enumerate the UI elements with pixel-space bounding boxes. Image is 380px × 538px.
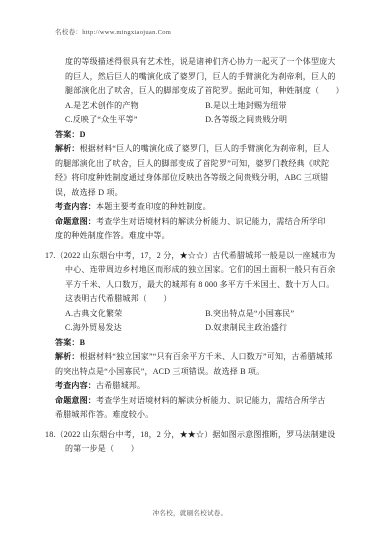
content-label: 考查内容： — [55, 202, 96, 211]
q17-stem-line: 中心、连带周边乡村地区而形成的独立国家。它们的国土面积一般只有百余 — [65, 263, 345, 278]
q17-stem-line-number: 17.（2022 山东烟台中考，17，2 分，★☆☆）古代希腊城邦一般是以一座城… — [45, 249, 345, 264]
analysis-text: 根据材料“独立国家”“只有百余平方千米、人口数万”可知，古希腊城邦 — [80, 352, 333, 361]
q16-options-row-2: C.反映了“众生平等” D.各等级之间贵贱分明 — [65, 113, 345, 128]
analysis-label: 解析： — [55, 144, 80, 153]
q16-analysis-line: 误，故选择 D 项。 — [55, 186, 345, 201]
q16-option-c: C.反映了“众生平等” — [65, 113, 203, 128]
q17-stem-line: 平方千米、人口数万，最大的城邦有 8 000 多平方千米国土、数十万人口。 — [65, 278, 345, 293]
document-page: 名校卷：http://www.mingxiaojuan.Com 度的等级描述得很… — [0, 0, 380, 538]
answer-label: 答案： — [55, 130, 80, 139]
q16-analysis-line: 经》将印度种姓制度通过身体部位反映出各等级之间贵贱分明，ABC 三项错 — [55, 171, 345, 186]
q16-option-d: D.各等级之间贵贱分明 — [205, 115, 287, 124]
q16-stem-line: 腿部演化出了吠舍，巨人的脚部变成了首陀罗。据此可知，种姓制度（ ） — [65, 84, 345, 99]
q17-option-b: B.突出特点是“小国寡民” — [205, 309, 294, 318]
q17-option-c: C.海外贸易发达 — [65, 321, 203, 336]
q16-intent-line: 命题意图：考查学生对语境材料的解读分析能力、识记能力，需结合所学印 — [55, 215, 345, 230]
q16-analysis-line: 解析：根据材料“巨人的嘴演化成了婆罗门，巨人的手臂演化为刹帝利，巨人 — [55, 142, 345, 157]
content-label: 考查内容： — [55, 381, 96, 390]
q16-stem-line: 的巨人，然后巨人的嘴演化成了婆罗门，巨人的手臂演化为刹帝利，巨人的 — [65, 70, 345, 85]
document-content: 度的等级描述得很具有艺术性，说是诸神们齐心协力一起灭了一个体型庞大 的巨人，然后… — [45, 55, 345, 457]
q17-intent-line: 命题意图：考查学生对语境材料的解读分析能力、识记能力，需结合所学古 — [55, 394, 345, 409]
q18-stem-line-number: 18.（2022 山东烟台中考，18，2 分，★★☆）据如图示意图推断，罗马法制… — [45, 428, 345, 443]
q16-option-b: B.是以土地封赐为纽带 — [205, 101, 287, 110]
q17-options-row-2: C.海外贸易发达 D.奴隶制民主政治盛行 — [65, 321, 345, 336]
answer-value: D — [80, 130, 86, 139]
q18-stem-line: 的第一步是（ ） — [65, 442, 345, 457]
q16-intent-line: 度的种姓制度作答。难度中等。 — [55, 229, 345, 244]
q17-analysis-line: 的突出特点是“小国寡民”，ACD 三项错误。故选择 B 项。 — [55, 365, 345, 380]
intent-text: 考查学生对语境材料的解读分析能力、识记能力，需结合所学印 — [96, 217, 326, 226]
answer-value: B — [80, 338, 86, 347]
q16-stem-line: 度的等级描述得很具有艺术性，说是诸神们齐心协力一起灭了一个体型庞大 — [65, 55, 345, 70]
q16-option-a: A.是艺术创作的产物 — [65, 99, 203, 114]
q17-options-row-1: A.古典文化繁荣 B.突出特点是“小国寡民” — [65, 307, 345, 322]
intent-label: 命题意图： — [55, 396, 96, 405]
q17-option-a: A.古典文化繁荣 — [65, 307, 203, 322]
q16-options-row-1: A.是艺术创作的产物 B.是以土地封赐为纽带 — [65, 99, 345, 114]
q17-content-line: 考查内容：古希腊城邦。 — [55, 379, 345, 394]
analysis-label: 解析： — [55, 352, 80, 361]
intent-text: 考查学生对语境材料的解读分析能力、识记能力，需结合所学古 — [96, 396, 326, 405]
content-text: 古希腊城邦。 — [96, 381, 145, 390]
q16-answer-line: 答案：D — [55, 128, 345, 143]
footer-slogan: 冲名校，就刷名校试卷。 — [0, 508, 380, 517]
q17-answer-line: 答案：B — [55, 336, 345, 351]
q17-intent-line: 希腊城邦作答。难度较小。 — [55, 408, 345, 423]
answer-label: 答案： — [55, 338, 80, 347]
q16-analysis-line: 的腿部演化出了吠舍，巨人的脚部变成了首陀罗”可知，婆罗门教经典《吠陀 — [55, 157, 345, 172]
header-site-url: 名校卷：http://www.mingxiaojuan.Com — [55, 27, 171, 36]
q17-stem-line: 这表明古代希腊城邦（ ） — [65, 292, 345, 307]
analysis-text: 根据材料“巨人的嘴演化成了婆罗门，巨人的手臂演化为刹帝利，巨人 — [80, 144, 330, 153]
q17-analysis-line: 解析：根据材料“独立国家”“只有百余平方千米、人口数万”可知，古希腊城邦 — [55, 350, 345, 365]
content-text: 本题主要考查印度的种姓制度。 — [96, 202, 211, 211]
q17-option-d: D.奴隶制民主政治盛行 — [205, 323, 287, 332]
intent-label: 命题意图： — [55, 217, 96, 226]
q16-content-line: 考查内容：本题主要考查印度的种姓制度。 — [55, 200, 345, 215]
